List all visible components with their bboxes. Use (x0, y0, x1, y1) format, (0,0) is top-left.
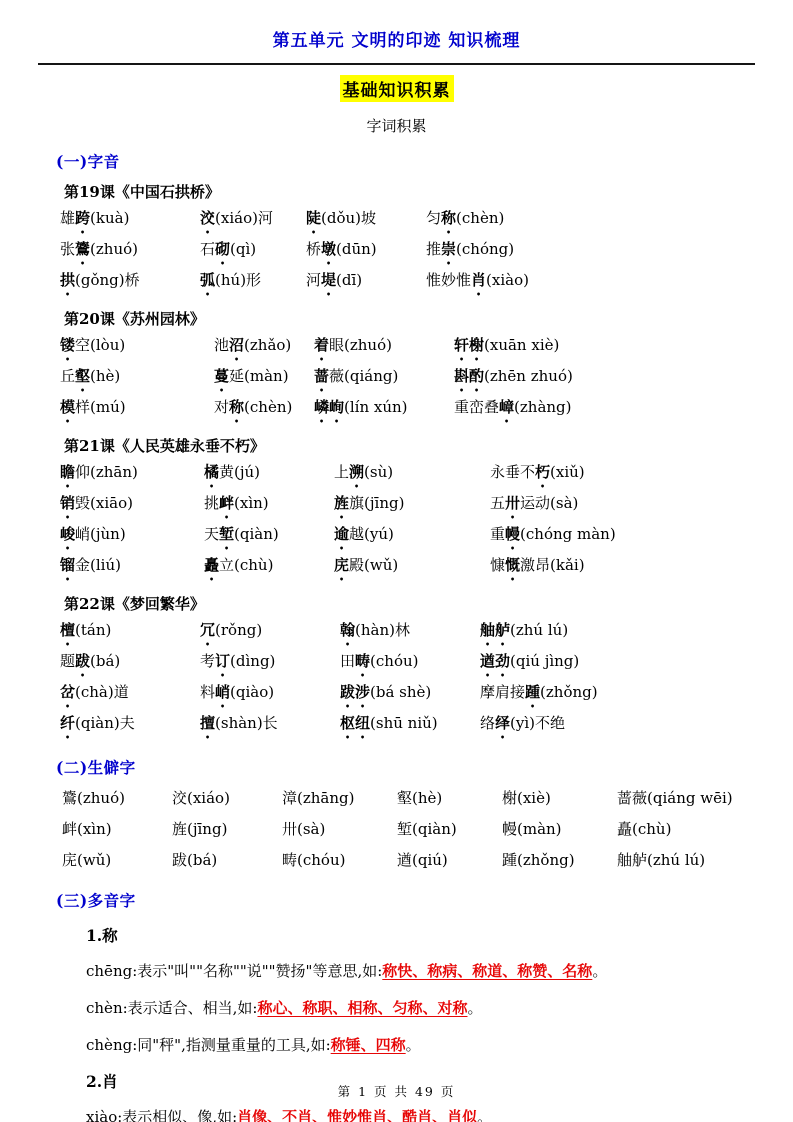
rare-characters-grid: 鷟(zhuó)洨(xiáo)漳(zhāng)壑(hè)榭(xiè)蔷薇(qián… (62, 782, 793, 875)
word-entry: 遒(qiú) (397, 849, 502, 870)
word-entry: 庑(wǔ) (62, 849, 172, 870)
emphasized-char: 冗 (200, 621, 215, 639)
word-entry: 天堑(qiàn) (204, 523, 334, 553)
word-entry: 冗(rǒng) (200, 619, 340, 649)
word-entry: 张鷟(zhuó) (60, 238, 200, 268)
emphasized-char: 逾 (334, 525, 349, 543)
word-entry: 榭(xiè) (502, 787, 617, 808)
word-entry: 矗(chù) (617, 818, 793, 839)
word-grid: 雄跨(kuà)洨(xiáo)河陡(dǒu)坡匀称(chèn)张鷟(zhuó)石砌… (60, 206, 793, 299)
word-entry: 重峦叠嶂(zhàng) (454, 396, 793, 426)
word-entry: 着眼(zhuó) (314, 334, 454, 364)
word-entry: 卅(sà) (282, 818, 397, 839)
emphasized-char: 跨 (75, 209, 90, 227)
emphasized-char: 岔 (60, 683, 75, 701)
polyphone-line: chèng:同"秤",指测量重量的工具,如:称锤、四称。 (86, 1034, 793, 1057)
word-entry: 五卅运动(sà) (490, 492, 793, 522)
word-entry: 挑衅(xìn) (204, 492, 334, 522)
emphasized-char: 峻 (60, 525, 75, 543)
word-entry: 络绎(yì)不绝 (480, 712, 793, 742)
word-entry: 河堤(dī) (306, 269, 426, 299)
word-entry: 永垂不朽(xiǔ) (490, 461, 793, 491)
word-entry: 拱(gǒng)桥 (60, 269, 200, 299)
word-entry: 舳舻(zhú lú) (480, 619, 793, 649)
word-entry: 石砌(qì) (200, 238, 306, 268)
emphasized-char: 翰 (340, 621, 355, 639)
emphasized-char: 肖 (471, 271, 486, 289)
word-entry: 田畴(chóu) (340, 650, 480, 680)
section-heading-rare-characters: (二)生僻字 (56, 756, 793, 778)
emphasized-char: 慨 (505, 556, 520, 574)
emphasized-char: 绎 (495, 714, 510, 732)
emphasized-char: 弧 (200, 271, 215, 289)
word-entry: 惟妙惟肖(xiào) (426, 269, 793, 299)
highlight-row: 基础知识积累 (0, 75, 793, 102)
polyphone-line: chēng:表示"叫""名称""说""赞扬"等意思,如:称快、称病、称道、称赞、… (86, 960, 793, 983)
emphasized-char: 朽 (535, 463, 550, 481)
document-page: 第五单元 文明的印迹 知识梳理 基础知识积累 字词积累 (一)字音 第19课《中… (0, 0, 793, 1122)
lesson-title: 第22课《梦回繁华》 (64, 593, 793, 614)
emphasized-char: 矗 (204, 556, 219, 574)
word-entry: 舳舻(zhú lú) (617, 849, 793, 870)
emphasized-char: 称 (441, 209, 456, 227)
word-grid: 瞻仰(zhān)橘黄(jú)上溯(sù)永垂不朽(xiǔ)销毁(xiāo)挑衅(… (60, 460, 793, 584)
word-entry: 考订(dìng) (200, 650, 340, 680)
emphasized-char: 卅 (505, 494, 520, 512)
word-entry: 跋涉(bá shè) (340, 681, 480, 711)
polyphone-line: xiào:表示相似、像,如:肖像、不肖、惟妙惟肖、酷肖、肖似。 (86, 1106, 793, 1122)
word-entry: 岔(chà)道 (60, 681, 200, 711)
emphasized-char: 堤 (321, 271, 336, 289)
page-number: 第 1 页 共 49 页 (0, 1082, 793, 1100)
emphasized-char: 旌 (334, 494, 349, 512)
word-entry: 陡(dǒu)坡 (306, 207, 426, 237)
word-entry: 堑(qiàn) (397, 818, 502, 839)
emphasized-char: 壑 (75, 367, 90, 385)
word-entry: 慷慨激昂(kǎi) (490, 554, 793, 584)
emphasized-char: 峭 (215, 683, 230, 701)
emphasized-char: 沼 (229, 336, 244, 354)
section-heading-phonetics: (一)字音 (56, 150, 793, 172)
emphasized-char: 墩 (321, 240, 336, 258)
word-entry: 幔(màn) (502, 818, 617, 839)
emphasized-char: 衅 (219, 494, 234, 512)
word-entry: 雄跨(kuà) (60, 207, 200, 237)
word-entry: 题跋(bá) (60, 650, 200, 680)
pinyin-label: chèng: (86, 1036, 137, 1054)
example-words: 称心、称职、相称、匀称、对称 (257, 999, 467, 1017)
word-grid: 檀(tán)冗(rǒng)翰(hàn)林舳舻(zhú lú)题跋(bá)考订(d… (60, 618, 793, 742)
emphasized-char: 崇 (441, 240, 456, 258)
word-entry: 对称(chèn) (214, 396, 314, 426)
word-entry: 轩榭(xuān xiè) (454, 334, 793, 364)
word-entry: 檀(tán) (60, 619, 200, 649)
word-entry: 洨(xiáo)河 (200, 207, 306, 237)
word-entry: 庑殿(wǔ) (334, 554, 490, 584)
word-entry: 畴(chóu) (282, 849, 397, 870)
emphasized-char: 镏 (60, 556, 75, 574)
example-words: 肖像、不肖、惟妙惟肖、酷肖、肖似 (237, 1108, 477, 1122)
emphasized-char: 轩榭 (454, 336, 484, 354)
word-entry: 踵(zhǒng) (502, 849, 617, 870)
word-entry: 衅(xìn) (62, 818, 172, 839)
emphasized-char: 称 (229, 398, 244, 416)
phonetics-lessons: 第19课《中国石拱桥》雄跨(kuà)洨(xiáo)河陡(dǒu)坡匀称(chèn… (0, 181, 793, 742)
word-entry: 纤(qiàn)夫 (60, 712, 200, 742)
emphasized-char: 洨 (200, 209, 215, 227)
pinyin-label: xiào: (86, 1108, 122, 1122)
emphasized-char: 模 (60, 398, 75, 416)
emphasized-char: 舳舻 (480, 621, 510, 639)
emphasized-char: 檀 (60, 621, 75, 639)
pinyin-label: chēng: (86, 962, 137, 980)
emphasized-char: 堑 (219, 525, 234, 543)
emphasized-char: 跋涉 (340, 683, 370, 701)
word-entry: 料峭(qiào) (200, 681, 340, 711)
word-entry: 逾越(yú) (334, 523, 490, 553)
emphasized-char: 砌 (215, 240, 230, 258)
lesson-title: 第21课《人民英雄永垂不朽》 (64, 435, 793, 456)
emphasized-char: 橘 (204, 463, 219, 481)
emphasized-char: 嶂 (499, 398, 514, 416)
word-entry: 弧(hú)形 (200, 269, 306, 299)
emphasized-char: 纤 (60, 714, 75, 732)
word-entry: 斟酌(zhēn zhuó) (454, 365, 793, 395)
emphasized-char: 订 (215, 652, 230, 670)
emphasized-char: 遒劲 (480, 652, 510, 670)
emphasized-char: 枢纽 (340, 714, 370, 732)
example-words: 称快、称病、称道、称赞、名称 (382, 962, 592, 980)
polyphone-line: chèn:表示适合、相当,如:称心、称职、相称、匀称、对称。 (86, 997, 793, 1020)
lesson-title: 第20课《苏州园林》 (64, 308, 793, 329)
emphasized-char: 着 (314, 336, 329, 354)
word-entry: 嶙峋(lín xún) (314, 396, 454, 426)
word-entry: 擅(shàn)长 (200, 712, 340, 742)
word-entry: 推崇(chóng) (426, 238, 793, 268)
emphasized-char: 庑 (334, 556, 349, 574)
emphasized-char: 鷟 (75, 240, 90, 258)
subsection-title: 字词积累 (0, 115, 793, 136)
word-entry: 翰(hàn)林 (340, 619, 480, 649)
word-entry: 矗立(chù) (204, 554, 334, 584)
emphasized-char: 拱 (60, 271, 75, 289)
word-entry: 上溯(sù) (334, 461, 490, 491)
emphasized-char: 蔓 (214, 367, 229, 385)
emphasized-char: 蔷 (314, 367, 329, 385)
emphasized-char: 畴 (355, 652, 370, 670)
word-entry: 桥墩(dūn) (306, 238, 426, 268)
polyphone-group-title: 1.称 (86, 924, 793, 946)
word-entry: 洨(xiáo) (172, 787, 282, 808)
emphasized-char: 瞻 (60, 463, 75, 481)
word-entry: 鷟(zhuó) (62, 787, 172, 808)
word-entry: 蔷薇(qiáng) (314, 365, 454, 395)
word-entry: 壑(hè) (397, 787, 502, 808)
example-words: 称锤、四称 (331, 1036, 406, 1054)
emphasized-char: 陡 (306, 209, 321, 227)
word-entry: 漳(zhāng) (282, 787, 397, 808)
divider-line (38, 63, 755, 65)
emphasized-char: 销 (60, 494, 75, 512)
word-entry: 蔓延(màn) (214, 365, 314, 395)
emphasized-char: 跋 (75, 652, 90, 670)
emphasized-char: 溯 (349, 463, 364, 481)
word-entry: 蔷薇(qiáng wēi) (617, 787, 793, 808)
word-entry: 旌旗(jīng) (334, 492, 490, 522)
word-entry: 镂空(lòu) (60, 334, 214, 364)
word-entry: 遒劲(qiú jìng) (480, 650, 793, 680)
word-entry: 销毁(xiāo) (60, 492, 204, 522)
word-entry: 丘壑(hè) (60, 365, 214, 395)
word-entry: 池沼(zhǎo) (214, 334, 314, 364)
word-entry: 重幔(chóng màn) (490, 523, 793, 553)
emphasized-char: 擅 (200, 714, 215, 732)
highlighted-section-title: 基础知识积累 (340, 75, 454, 102)
word-entry: 摩肩接踵(zhǒng) (480, 681, 793, 711)
word-entry: 模样(mú) (60, 396, 214, 426)
lesson-title: 第19课《中国石拱桥》 (64, 181, 793, 202)
word-entry: 跋(bá) (172, 849, 282, 870)
pinyin-label: chèn: (86, 999, 128, 1017)
section-heading-polyphones: (三)多音字 (56, 889, 793, 911)
word-entry: 瞻仰(zhān) (60, 461, 204, 491)
word-entry: 枢纽(shū niǔ) (340, 712, 480, 742)
word-entry: 橘黄(jú) (204, 461, 334, 491)
word-entry: 旌(jīng) (172, 818, 282, 839)
emphasized-char: 踵 (525, 683, 540, 701)
emphasized-char: 幔 (505, 525, 520, 543)
word-grid: 镂空(lòu)池沼(zhǎo)着眼(zhuó)轩榭(xuān xiè)丘壑(hè… (60, 333, 793, 426)
word-entry: 镏金(liú) (60, 554, 204, 584)
emphasized-char: 嶙峋 (314, 398, 344, 416)
document-title: 第五单元 文明的印迹 知识梳理 (0, 0, 793, 51)
word-entry: 峻峭(jùn) (60, 523, 204, 553)
emphasized-char: 镂 (60, 336, 75, 354)
word-entry: 匀称(chèn) (426, 207, 793, 237)
emphasized-char: 斟酌 (454, 367, 484, 385)
